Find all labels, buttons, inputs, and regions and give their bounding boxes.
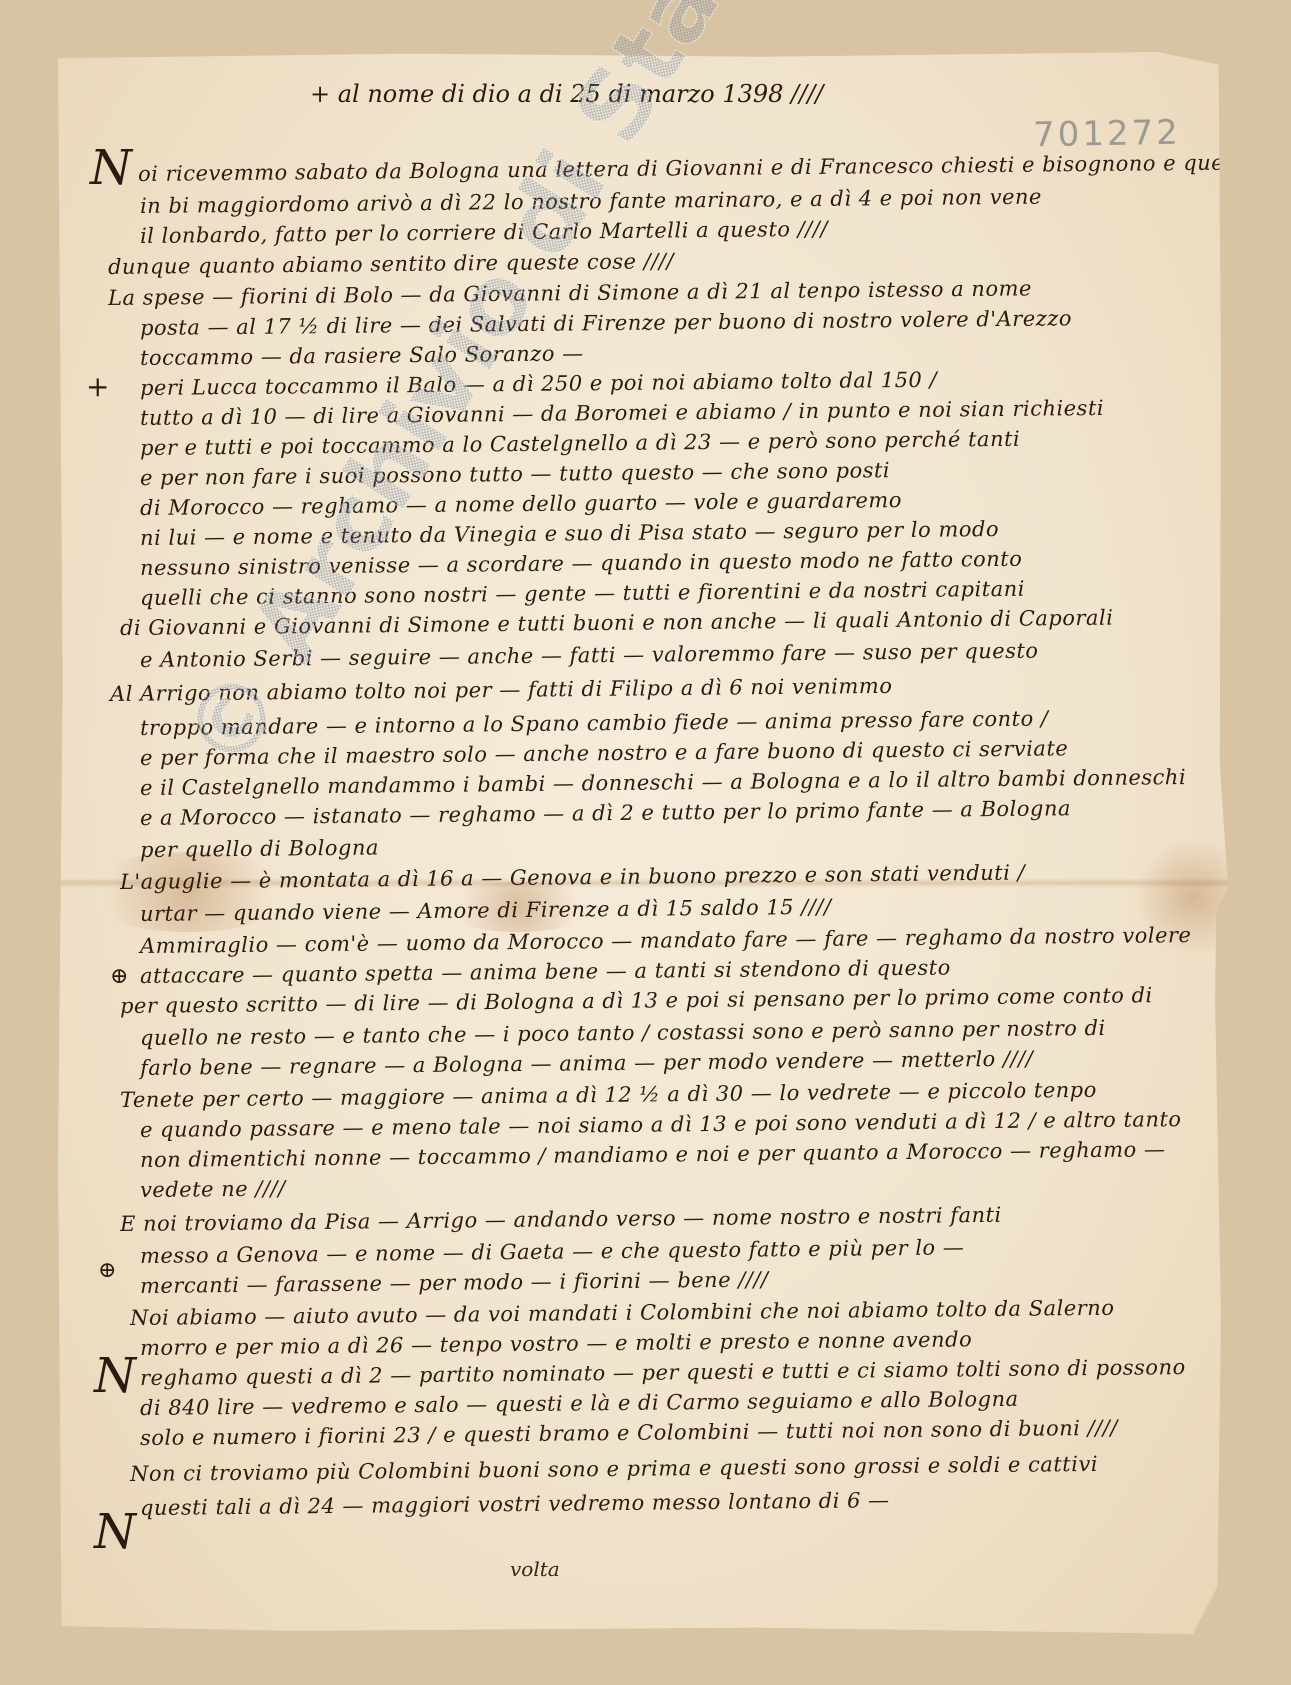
text-line: mercanti — farassene — per modo — i fior… — [140, 1267, 769, 1298]
verso-note: volta — [510, 1557, 560, 1581]
text-line: quello ne resto — e tanto che — i poco t… — [140, 1016, 1106, 1050]
text-line: di Giovanni e Giovanni di Simone e tutti… — [120, 606, 1114, 640]
text-line: di 840 lire — vedremo e salo — questi e … — [140, 1387, 1019, 1420]
text-line: Al Arrigo non abiamo tolto noi per — fat… — [110, 674, 893, 706]
text-line: solo e numero i fiorini 23 / e questi br… — [140, 1416, 1118, 1450]
circle-cross-mark-icon: ⊕ — [110, 964, 128, 989]
text-line: Tenete per certo — maggiore — anima a dì… — [120, 1078, 1097, 1112]
text-line: per questo scritto — di lire — di Bologn… — [120, 983, 1153, 1018]
initial-n-icon: N — [94, 1504, 136, 1560]
text-line: E noi troviamo da Pisa — Arrigo — andand… — [120, 1203, 1002, 1236]
text-line: vedete ne //// — [140, 1176, 286, 1202]
text-line: oi ricevemmo sabato da Bologna una lette… — [138, 150, 1258, 186]
text-line: La spese — fiorini di Bolo — da Giovanni… — [108, 276, 1032, 310]
text-line: di Morocco — reghamo — a nome dello guar… — [140, 488, 902, 520]
text-line: Non ci troviamo più Colombini buoni sono… — [130, 1452, 1098, 1486]
text-line: e quando passare — e meno tale — noi sia… — [140, 1107, 1182, 1142]
text-line: reghamo questi a dì 2 — partito nominato… — [140, 1355, 1186, 1390]
text-line: e per forma che il maestro solo — anche … — [140, 736, 1069, 770]
archive-number: 701272 — [1033, 113, 1181, 156]
text-line: nessuno sinistro venisse — a scordare — … — [140, 547, 1023, 580]
text-line: e per non fare i suoi possono tutto — tu… — [140, 458, 890, 490]
text-line: e a Morocco — istanato — reghamo — a dì … — [140, 796, 1071, 830]
text-line: questi tali a dì 24 — maggiori vostri ve… — [140, 1488, 890, 1520]
text-line: per quello di Bologna — [140, 835, 379, 862]
cross-mark-icon: + — [86, 370, 109, 403]
text-line: quelli che ci stanno sono nostri — gente… — [140, 577, 1025, 610]
text-line: Noi abiamo — aiuto avuto — da voi mandat… — [130, 1296, 1115, 1330]
text-line: e Antonio Serbi — seguire — anche — fatt… — [140, 639, 1039, 672]
text-line: attaccare — quanto spetta — anima bene —… — [140, 956, 951, 988]
text-line: per e tutti e poi toccammo a lo Castelgn… — [140, 427, 1020, 460]
initial-n-icon: N — [90, 140, 132, 196]
text-line: peri Lucca toccammo il Balo — a dì 250 e… — [140, 368, 937, 400]
text-line: messo a Genova — e nome — di Gaeta — e c… — [140, 1235, 965, 1268]
text-line: farlo bene — regnare — a Bologna — anima… — [140, 1047, 1033, 1080]
initial-n-icon: N — [94, 1348, 136, 1404]
text-line: Ammiraglio — com'è — uomo da Morocco — m… — [140, 923, 1192, 958]
letter-heading: + al nome di dio a di 25 di marzo 1398 /… — [310, 80, 823, 108]
text-line: il lonbardo, fatto per lo corriere di Ca… — [140, 217, 828, 248]
text-line: posta — al 17 ½ di lire — dei Salvati di… — [140, 306, 1072, 340]
circle-cross-mark-icon: ⊕ — [98, 1258, 116, 1283]
text-line: morro e per mio a dì 26 — tenpo vostro —… — [140, 1327, 972, 1360]
text-line: ni lui — e nome e tenuto da Vinegia e su… — [140, 517, 999, 550]
text-line: toccammo — da rasiere Salo Soranzo — — [140, 341, 584, 370]
text-line: troppo mandare — e intorno a lo Spano ca… — [140, 706, 1049, 740]
text-line: tutto a dì 10 — di lire a Giovanni — da … — [140, 396, 1104, 430]
manuscript-page: 701272 + al nome di dio a di 25 di marzo… — [58, 52, 1228, 1634]
text-line: e il Castelgnello mandammo i bambi — don… — [140, 765, 1186, 800]
text-line: dunque quanto abiamo sentito dire queste… — [108, 249, 674, 279]
text-line: non dimentichi nonne — toccammo / mandia… — [140, 1137, 1166, 1172]
text-line: in bi maggiordomo arivò a dì 22 lo nostr… — [140, 185, 1042, 218]
